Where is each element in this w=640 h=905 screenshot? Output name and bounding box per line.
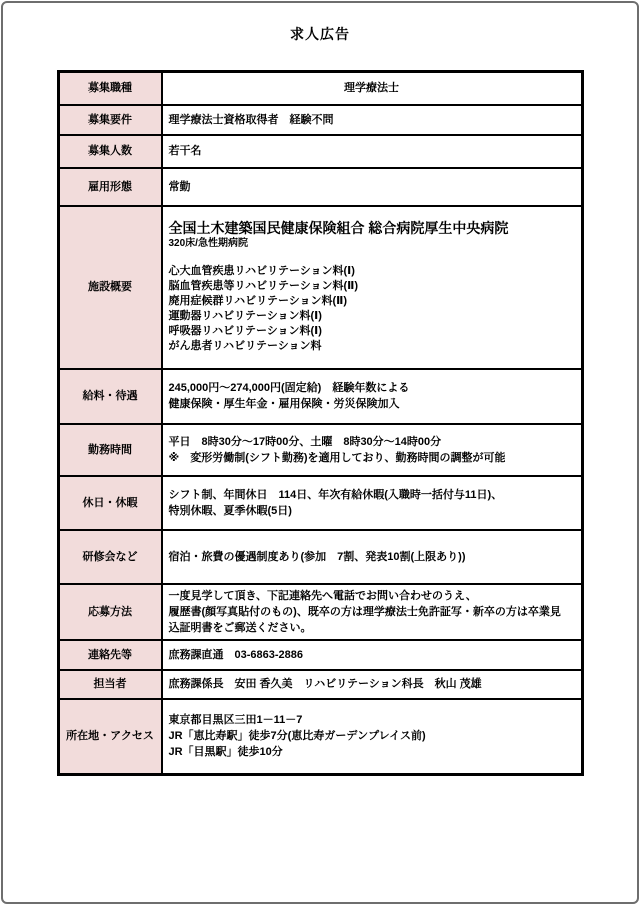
row-working-hours: 勤務時間 平日 8時30分～17時00分、土曜 8時30分～14時00分 ※ 変…	[58, 424, 582, 476]
value-training: 宿泊・旅費の優遇制度あり(参加 7割、発表10割(上限あり))	[162, 530, 583, 584]
row-holidays: 休日・休暇 シフト制、年間休日 114日、年次有給休暇(入職時一括付与11日)、…	[58, 476, 582, 530]
facility-name: 全国土木建築国民健康保険組合 総合病院厚生中央病院	[169, 219, 575, 237]
label-training: 研修会など	[58, 530, 162, 584]
label-location-access: 所在地・アクセス	[58, 699, 162, 775]
label-how-to-apply: 応募方法	[58, 584, 162, 640]
value-headcount: 若干名	[162, 135, 583, 168]
label-job-type: 募集職種	[58, 72, 162, 105]
value-person-in-charge: 庶務課係長 安田 香久美 リハビリテーション科長 秋山 茂雄	[162, 670, 583, 699]
row-how-to-apply: 応募方法 一度見学して頂き、下記連絡先へ電話でお問い合わせのうえ、 履歴書(顔写…	[58, 584, 582, 640]
row-contact: 連絡先等 庶務課直通 03-6863-2886	[58, 640, 582, 670]
value-holidays: シフト制、年間休日 114日、年次有給休暇(入職時一括付与11日)、 特別休暇、…	[162, 476, 583, 530]
label-working-hours: 勤務時間	[58, 424, 162, 476]
row-requirements: 募集要件 理学療法士資格取得者 経験不問	[58, 105, 582, 135]
row-employment-type: 雇用形態 常勤	[58, 168, 582, 206]
label-holidays: 休日・休暇	[58, 476, 162, 530]
value-working-hours: 平日 8時30分～17時00分、土曜 8時30分～14時00分 ※ 変形労働制(…	[162, 424, 583, 476]
value-employment-type: 常勤	[162, 168, 583, 206]
row-headcount: 募集人数 若干名	[58, 135, 582, 168]
page-title: 求人広告	[3, 24, 637, 44]
row-person-in-charge: 担当者 庶務課係長 安田 香久美 リハビリテーション科長 秋山 茂雄	[58, 670, 582, 699]
row-job-type: 募集職種 理学療法士	[58, 72, 582, 105]
label-headcount: 募集人数	[58, 135, 162, 168]
facility-rehab-services: 心大血管疾患リハビリテーション料(Ⅰ) 脳血管疾患等リハビリテーション料(Ⅱ) …	[169, 264, 575, 354]
row-location-access: 所在地・アクセス 東京都目黒区三田1－11－7 JR「恵比寿駅」徒歩7分(恵比寿…	[58, 699, 582, 775]
value-facility-overview: 全国土木建築国民健康保険組合 総合病院厚生中央病院 320床/急性期病院 心大血…	[162, 206, 583, 369]
facility-beds: 320床/急性期病院	[169, 237, 575, 250]
row-salary-benefits: 給料・待遇 245,000円～274,000円(固定給) 経験年数による 健康保…	[58, 369, 582, 424]
value-location-access: 東京都目黒区三田1－11－7 JR「恵比寿駅」徒歩7分(恵比寿ガーデンプレイス前…	[162, 699, 583, 775]
label-facility-overview: 施設概要	[58, 206, 162, 369]
value-how-to-apply: 一度見学して頂き、下記連絡先へ電話でお問い合わせのうえ、 履歴書(顔写真貼付のも…	[162, 584, 583, 640]
label-person-in-charge: 担当者	[58, 670, 162, 699]
label-requirements: 募集要件	[58, 105, 162, 135]
document-page: 求人広告 募集職種 理学療法士 募集要件 理学療法士資格取得者 経験不問 募集人…	[1, 1, 639, 904]
label-employment-type: 雇用形態	[58, 168, 162, 206]
job-posting-table: 募集職種 理学療法士 募集要件 理学療法士資格取得者 経験不問 募集人数 若干名…	[57, 70, 584, 776]
value-salary-benefits: 245,000円～274,000円(固定給) 経験年数による 健康保険・厚生年金…	[162, 369, 583, 424]
value-contact: 庶務課直通 03-6863-2886	[162, 640, 583, 670]
label-salary-benefits: 給料・待遇	[58, 369, 162, 424]
row-facility-overview: 施設概要 全国土木建築国民健康保険組合 総合病院厚生中央病院 320床/急性期病…	[58, 206, 582, 369]
row-training: 研修会など 宿泊・旅費の優遇制度あり(参加 7割、発表10割(上限あり))	[58, 530, 582, 584]
value-requirements: 理学療法士資格取得者 経験不問	[162, 105, 583, 135]
value-job-type: 理学療法士	[162, 72, 583, 105]
label-contact: 連絡先等	[58, 640, 162, 670]
